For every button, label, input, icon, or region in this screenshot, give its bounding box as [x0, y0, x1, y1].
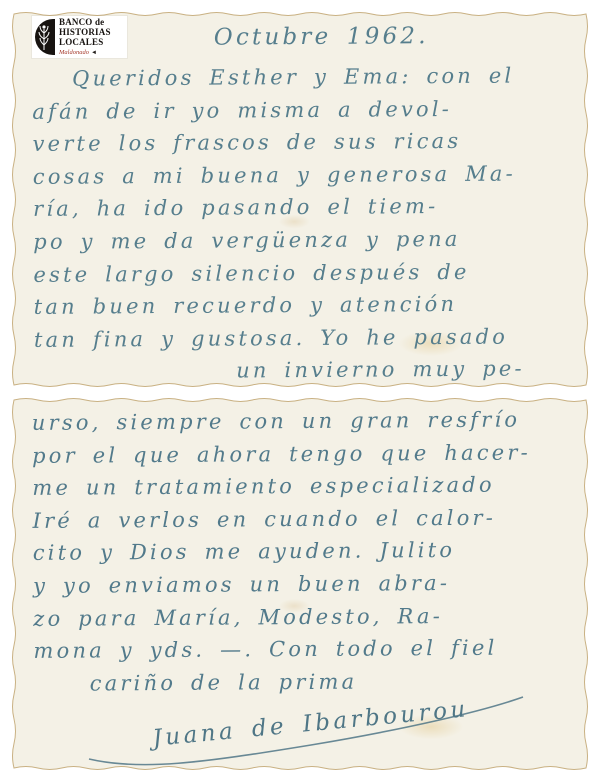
signature-block: Juana de Ibarbourou: [34, 702, 578, 760]
letter-line: urso, siempre con un gran resfrío: [32, 403, 576, 439]
logo-title-line3: LOCALES: [59, 37, 111, 47]
logo-title-line2: HISTORIAS: [59, 27, 111, 37]
archive-logo: BANCO de HISTORIAS LOCALES Maldonado ◄: [32, 16, 127, 58]
logo-subtitle-row: Maldonado ◄: [59, 48, 111, 58]
handwriting-card-1: Octubre 1962. Queridos Esther y Ema: con…: [32, 19, 579, 389]
letter-card-1: Octubre 1962. Queridos Esther y Ema: con…: [11, 11, 589, 388]
letter-line: po y me da vergüenza y pena: [33, 222, 577, 258]
logo-pointer-icon: ◄: [91, 48, 97, 58]
letter-line: verte los frascos de sus ricas: [32, 124, 576, 160]
letter-line: me un tratamiento especializado: [32, 468, 576, 504]
letter-line: mona y yds. —. Con todo el fiel: [33, 631, 577, 667]
letter-line: Iré a verlos en cuando el calor-: [32, 501, 576, 537]
letter-line: y yo enviamos un buen abra-: [33, 566, 577, 602]
logo-subtitle: Maldonado: [59, 48, 89, 58]
logo-title-line1: BANCO de: [59, 17, 111, 27]
letter-line: cariño de la prima: [34, 664, 578, 700]
logo-halfmoon-mark: [35, 19, 55, 55]
letter-line: ría, ha ido pasando el tiem-: [33, 189, 577, 225]
letter-line: un invierno muy pe-: [34, 352, 578, 388]
scanned-letter-page: { "colors": { "ink": "#567e8d", "paper":…: [0, 0, 600, 783]
letter-line: Queridos Esther y Ema: con el: [32, 59, 576, 95]
letter-signature: Juana de Ibarbourou: [151, 693, 470, 755]
letter-card-2: urso, siempre con un gran resfrío por el…: [11, 397, 589, 771]
letter-line: afán de ir yo misma a devol-: [32, 92, 576, 128]
letter-line: cito y Dios me ayuden. Julito: [33, 533, 577, 569]
logo-text: BANCO de HISTORIAS LOCALES Maldonado ◄: [55, 17, 111, 58]
handwriting-card-2: urso, siempre con un gran resfrío por el…: [32, 403, 578, 760]
letter-line: cosas a mi buena y generosa Ma-: [33, 157, 577, 193]
letter-line: tan buen recuerdo y atención: [34, 287, 578, 323]
letter-line: este largo silencio después de: [33, 255, 577, 291]
letter-line: por el que ahora tengo que hacer-: [32, 436, 576, 472]
letter-line: zo para María, Modesto, Ra-: [33, 599, 577, 635]
letter-line: tan fina y gustosa. Yo he pasado: [34, 320, 578, 356]
